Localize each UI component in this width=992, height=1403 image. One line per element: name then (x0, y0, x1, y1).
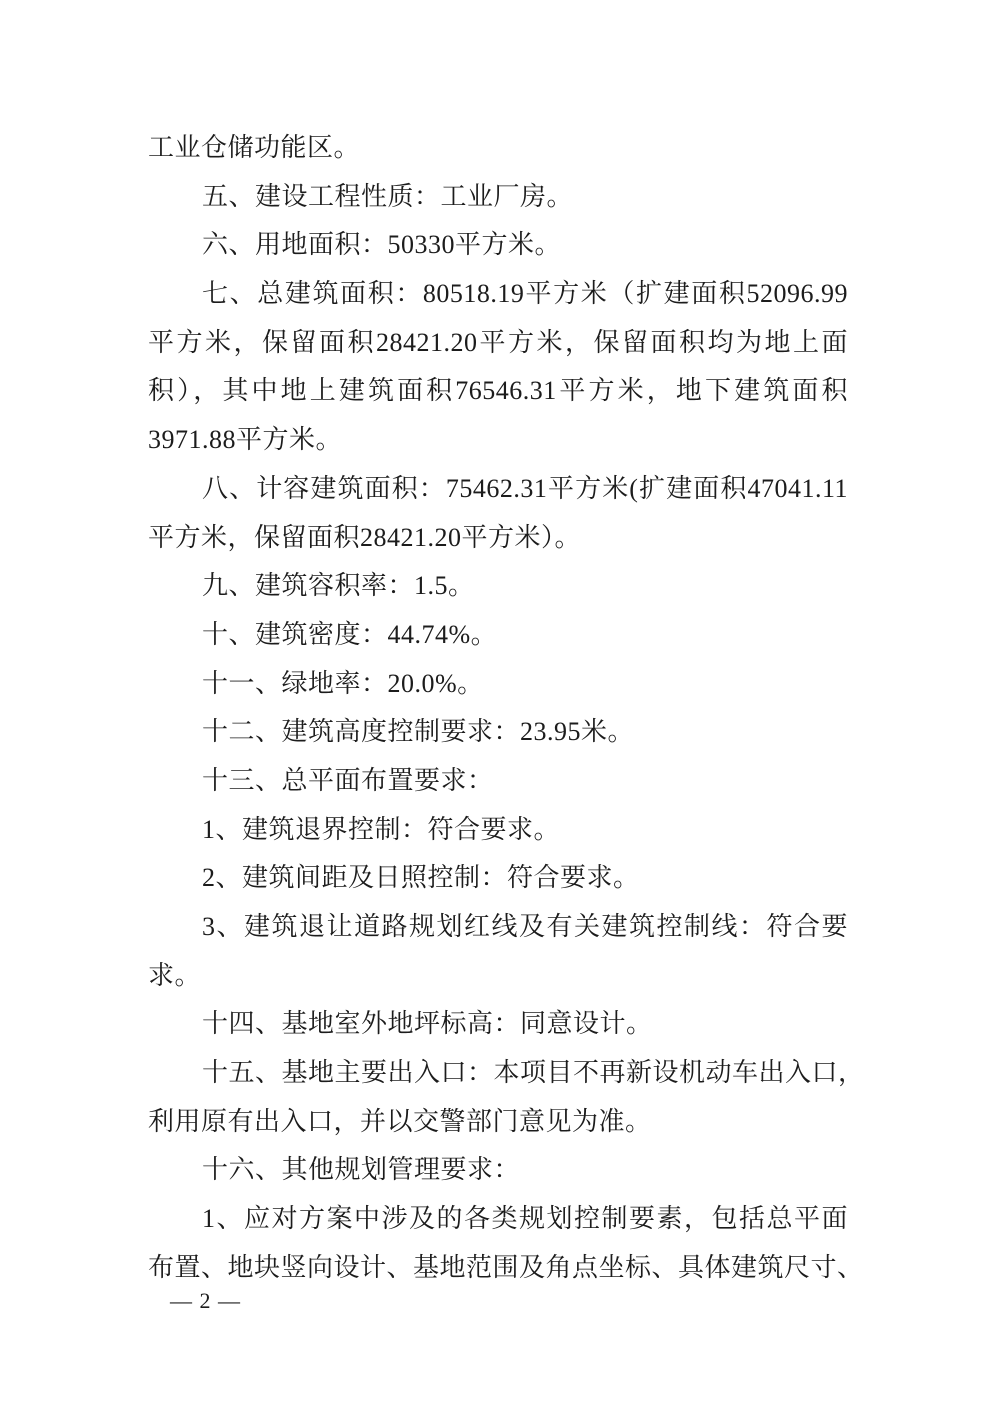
text-line: 十六、其他规划管理要求： (148, 1146, 848, 1195)
text-line: 工业仓储功能区。 (148, 124, 848, 173)
page-number: — 2 — (170, 1286, 241, 1316)
text-line: 五、建设工程性质：工业厂房。 (148, 173, 848, 222)
text-line: 3971.88平方米。 (148, 416, 848, 465)
text-line: 3、建筑退让道路规划红线及有关建筑控制线：符合要 (148, 903, 848, 952)
document-body: 工业仓储功能区。 五、建设工程性质：工业厂房。 六、用地面积：50330平方米。… (148, 124, 848, 1293)
text-line: 平方米，保留面积28421.20平方米，保留面积均为地上面 (148, 319, 848, 368)
document-page: 工业仓储功能区。 五、建设工程性质：工业厂房。 六、用地面积：50330平方米。… (0, 0, 992, 1403)
text-line: 六、用地面积：50330平方米。 (148, 221, 848, 270)
text-line: 布置、地块竖向设计、基地范围及角点坐标、具体建筑尺寸、 (148, 1244, 848, 1293)
text-line: 十二、建筑高度控制要求：23.95米。 (148, 708, 848, 757)
text-line: 2、建筑间距及日照控制：符合要求。 (148, 854, 848, 903)
text-line: 十四、基地室外地坪标高：同意设计。 (148, 1000, 848, 1049)
text-line: 十五、基地主要出入口：本项目不再新设机动车出入口， (148, 1049, 848, 1098)
text-line: 平方米，保留面积28421.20平方米）。 (148, 514, 848, 563)
text-line: 利用原有出入口，并以交警部门意见为准。 (148, 1098, 848, 1147)
text-line: 九、建筑容积率：1.5。 (148, 562, 848, 611)
text-line: 十三、总平面布置要求： (148, 757, 848, 806)
text-line: 积），其中地上建筑面积76546.31平方米，地下建筑面积 (148, 367, 848, 416)
text-line: 1、建筑退界控制：符合要求。 (148, 806, 848, 855)
text-line: 求。 (148, 952, 848, 1001)
text-line: 十一、绿地率：20.0%。 (148, 660, 848, 709)
text-line: 十、建筑密度：44.74%。 (148, 611, 848, 660)
text-line: 八、计容建筑面积：75462.31平方米(扩建面积47041.11 (148, 465, 848, 514)
text-line: 七、总建筑面积：80518.19平方米（扩建面积52096.99 (148, 270, 848, 319)
text-line: 1、应对方案中涉及的各类规划控制要素，包括总平面 (148, 1195, 848, 1244)
